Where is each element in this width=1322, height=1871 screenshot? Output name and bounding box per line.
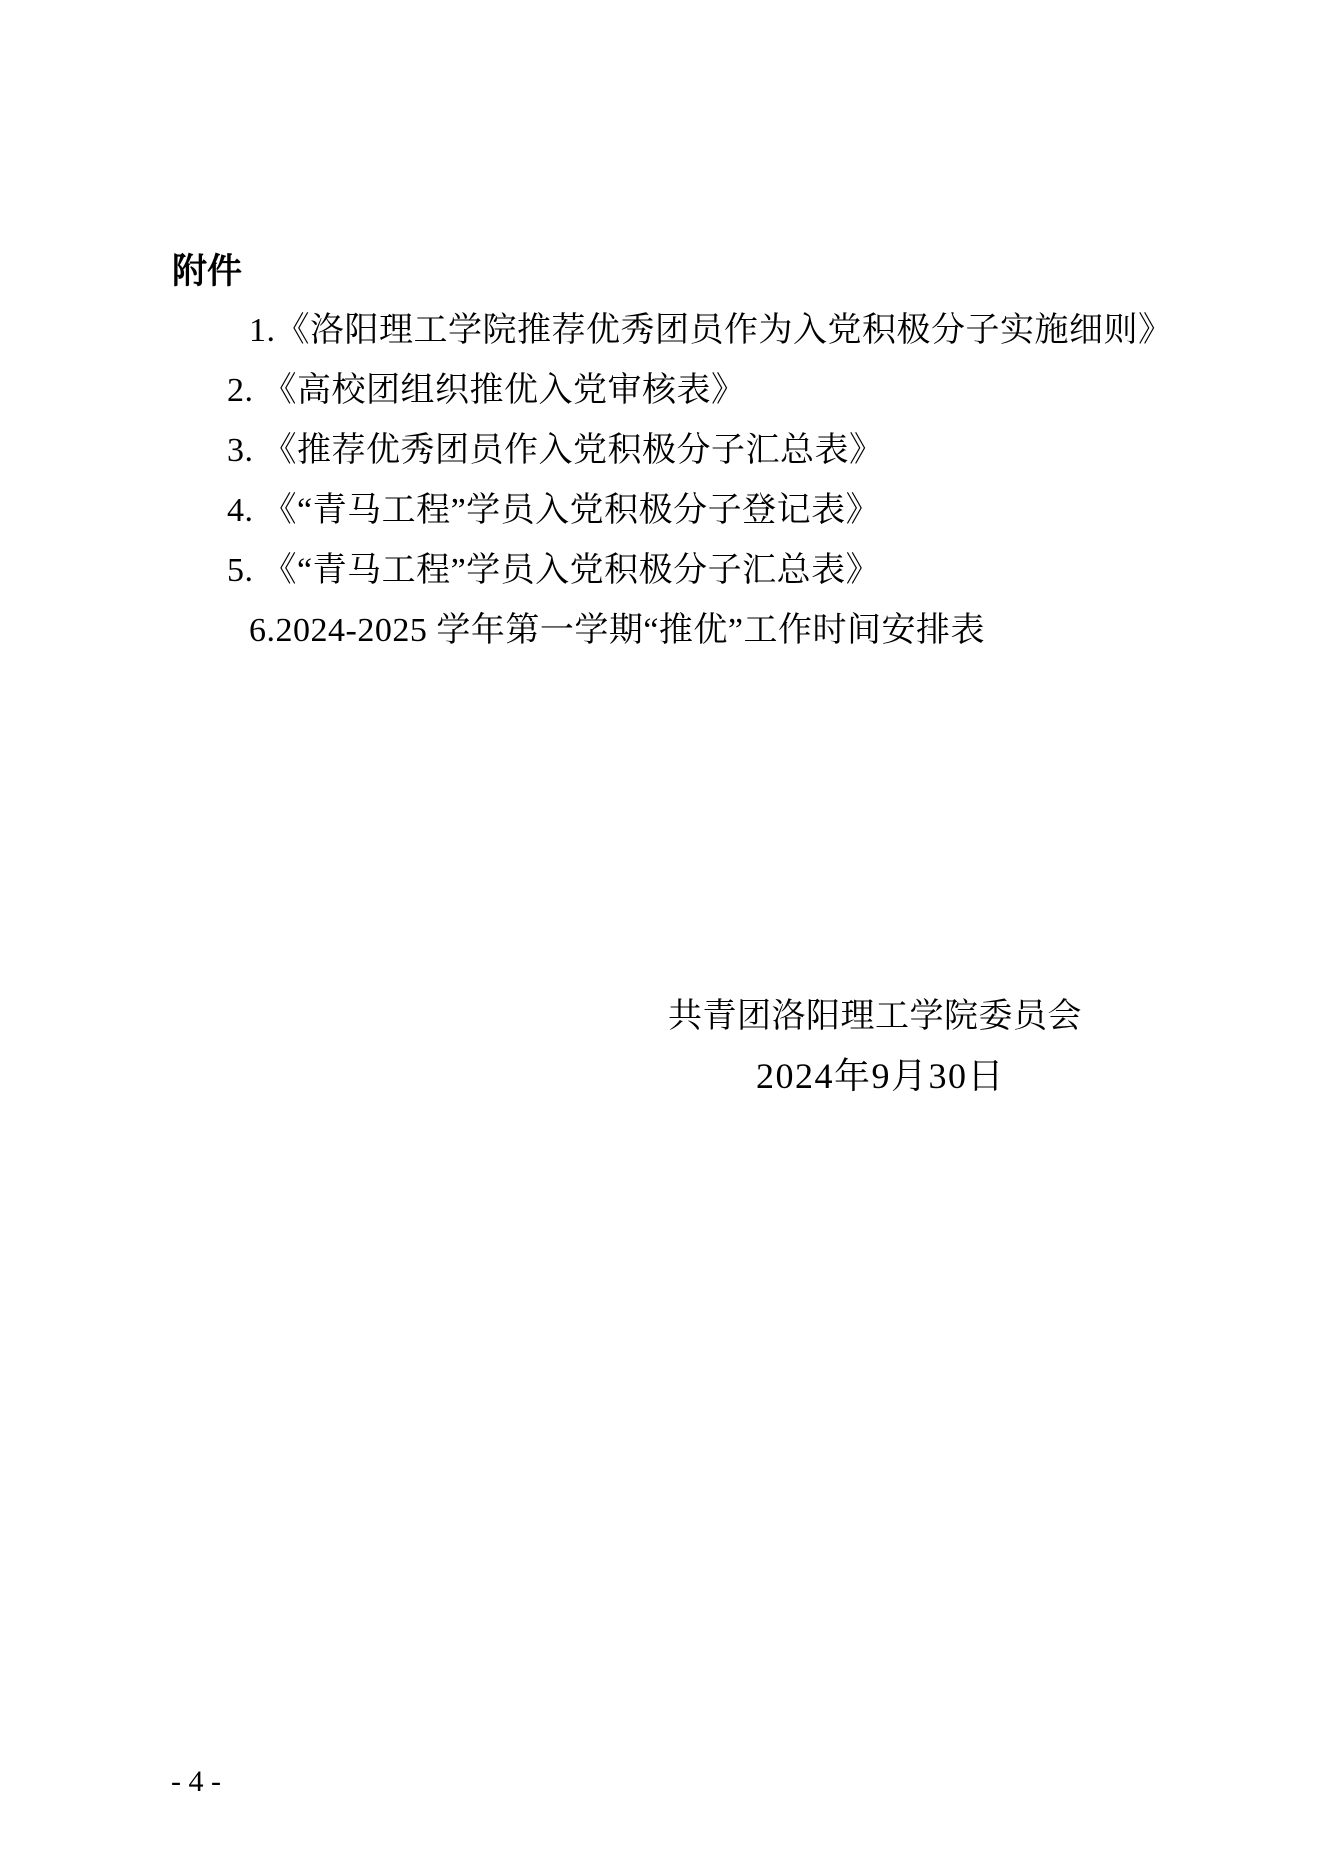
attachment-item-5: 5. 《“青马工程”学员入党积极分子汇总表》	[227, 541, 1217, 601]
document-page: 附件 1.《洛阳理工学院推荐优秀团员作为入党积极分子实施细则》 2. 《高校团组…	[0, 0, 1322, 1871]
attachment-item-2: 2. 《高校团组织推优入党审核表》	[227, 361, 1217, 421]
attachment-item-1: 1.《洛阳理工学院推荐优秀团员作为入党积极分子实施细则》	[227, 301, 1217, 361]
attachment-item-4: 4. 《“青马工程”学员入党积极分子登记表》	[227, 481, 1217, 541]
issue-date: 2024年9月30日	[756, 1054, 1005, 1098]
attachment-list: 1.《洛阳理工学院推荐优秀团员作为入党积极分子实施细则》 2. 《高校团组织推优…	[227, 301, 1217, 661]
attachment-header: 附件	[172, 252, 242, 292]
attachment-item-6: 6.2024-2025 学年第一学期“推优”工作时间安排表	[227, 601, 1217, 661]
page-number: - 4 -	[171, 1765, 221, 1799]
attachment-item-3: 3. 《推荐优秀团员作入党积极分子汇总表》	[227, 421, 1217, 481]
issuing-organization: 共青团洛阳理工学院委员会	[668, 996, 1082, 1038]
